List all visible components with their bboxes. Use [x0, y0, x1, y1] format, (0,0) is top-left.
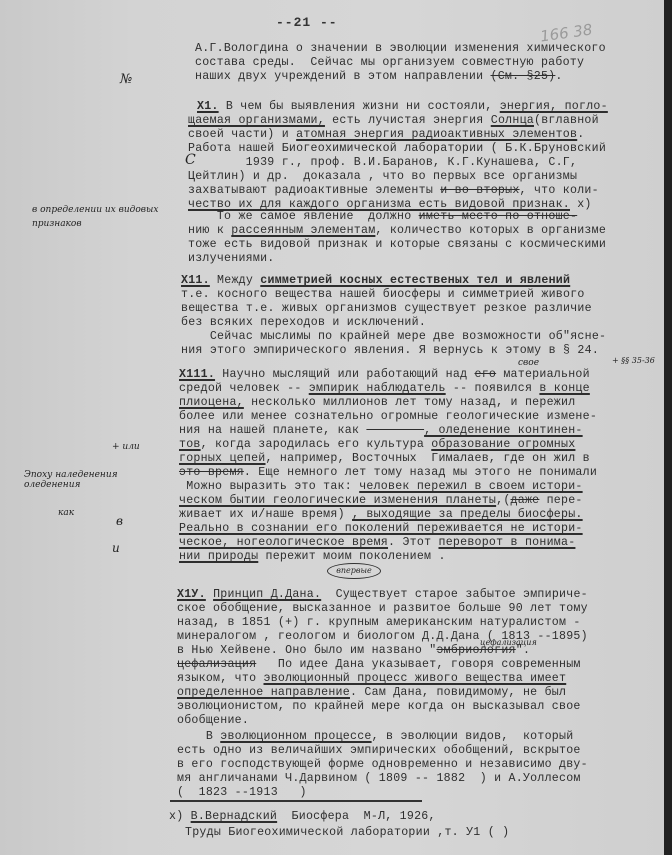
section-title: Принцип Д.Дана.: [213, 588, 321, 601]
section-13-line-13: ческое, ногеологическое время. Этот пере…: [179, 536, 575, 550]
section-number: Х1.: [197, 100, 219, 113]
margin-note-how: как: [58, 508, 74, 518]
section-14-line-6: цефализация По идее Дана указывает, гово…: [177, 658, 581, 672]
margin-note-in: в: [116, 514, 123, 528]
section-13-line-1: Х111. Научно мыслящий или работающий над…: [179, 368, 590, 382]
margin-mark: №: [120, 72, 132, 87]
ref-note: + §§ 35-36: [612, 356, 655, 365]
footnote-separator: [170, 800, 422, 802]
section-12-line-1: Х11. Между симметрией косных естественых…: [181, 274, 570, 288]
section-11-line-12: излучениями.: [188, 252, 275, 266]
section-14-line-14: мя англичанами Ч.Дарвином ( 1809 -- 1882…: [177, 772, 581, 786]
insert-note-own: свое: [518, 358, 539, 368]
section-14-line-2: ское обобщение, высказанное и развитое б…: [177, 602, 588, 616]
section-14-line-5: в Нью Хейвене. Оно было им названо "эмбр…: [177, 644, 530, 658]
page-number: --21 --: [276, 15, 338, 30]
section-11-line-10: нию к рассеянным элементам, количество к…: [188, 224, 606, 238]
footnote-line-1: х) В.Вернадский Биосфера М-Л, 1926,: [169, 810, 436, 824]
section-11-line-3: своей части) и атомная энергия радиоакти…: [188, 128, 584, 142]
footnote-author: В.Вернадский: [191, 810, 278, 823]
section-13-line-10: ческом бытии геологические изменения пла…: [179, 494, 583, 508]
section-12-line-5: Сейчас мыслимы по крайней мере две возмо…: [181, 330, 606, 344]
section-13-line-5: ния на нашей планете, как , оледенение к…: [179, 424, 583, 438]
section-13-line-6: тов, когда зародилась его культура образ…: [179, 438, 575, 452]
intro-line-2: состава среды. Сейчас мы организуем совм…: [195, 56, 584, 70]
section-13-line-8: это время. Еще немного лет тому назад мы…: [179, 466, 597, 480]
margin-note-or: + или: [112, 442, 140, 452]
insert-note-cephalization: цефализация: [480, 638, 537, 647]
section-12-line-2: т.е. косного вещества нашей биосферы и с…: [181, 288, 585, 302]
section-11-line-1: Х1. В чем бы выявления жизни ни состояли…: [197, 100, 608, 114]
section-11-line-9: То же самое явление должно иметь место п…: [188, 210, 577, 224]
scan-edge: [664, 0, 672, 855]
footnote-line-2: Труды Биогеохимической лаборатории ,т. У…: [185, 826, 509, 840]
section-14-line-1: Х1У. Принцип Д.Дана. Существует старое з…: [177, 588, 588, 602]
intro-line-1: А.Г.Вологдина о значении в эволюции изме…: [195, 42, 606, 56]
section-11-line-2: щаемая организмами, есть лучистая энерги…: [188, 114, 599, 128]
section-12-line-6: ния этого эмпирического явления. Я верну…: [181, 344, 599, 358]
section-13-line-3: плиоцена, несколько миллионов лет тому н…: [179, 396, 575, 410]
document-page: --21 -- 166 38 № А.Г.Вологдина о значени…: [0, 0, 664, 855]
margin-note-species: в определении их видовых признаков: [32, 203, 172, 231]
section-13-line-12: Реально в сознании его поколений пережив…: [179, 522, 583, 536]
section-13-line-14: нии природы пережит моим поколением .: [179, 550, 446, 564]
section-13-line-7: горных цепей, например, Восточных Гимала…: [179, 452, 590, 466]
circled-note: впервые: [327, 563, 381, 579]
section-14-line-13: в его господствующей форме одновременно …: [177, 758, 588, 772]
section-14-line-15: ( 1823 --1913 ): [177, 786, 307, 800]
section-11-line-4: Работа нашей Биогеохимической лаборатори…: [188, 142, 606, 156]
intro-line-3: наших двух учреждений в этом направлении…: [195, 70, 563, 84]
section-13-line-4: более или менее сознательно огромные гео…: [179, 410, 597, 424]
section-14-line-3: назад, в 1851 (+) г. крупным американски…: [177, 616, 581, 630]
section-12-line-4: без всяких переходов и исключений.: [181, 316, 426, 330]
section-13-line-11: живает их и/наше время) , выходящие за п…: [179, 508, 583, 522]
section-11-line-7: захватывают радиоактивные элементы и во …: [188, 184, 599, 198]
section-14-line-8: определенное направление. Сам Дана, пови…: [177, 686, 566, 700]
section-14-line-12: есть одно из величайших эмпирических обо…: [177, 744, 581, 758]
section-12-line-3: вещества т.е. живых организмов существуе…: [181, 302, 592, 316]
section-14-line-9: эволюционистом, по крайней мере когда он…: [177, 700, 581, 714]
section-13-line-2: средой человек -- эмпирик наблюдатель --…: [179, 382, 590, 396]
section-11-line-5: 1939 г., проф. В.И.Баранов, К.Г.Кунашева…: [188, 156, 577, 170]
margin-note-glaciation: Эпоху наледенения оледенения: [24, 470, 164, 490]
margin-note-and: и: [112, 541, 120, 555]
section-13-line-9: Можно выразить это так: человек пережил …: [179, 480, 583, 494]
section-14-line-10: обобщение.: [177, 714, 249, 728]
section-14-line-11: В эволюционном процессе, в эволюции видо…: [177, 730, 573, 744]
section-11-line-11: тоже есть видовой признак и которые связ…: [188, 238, 606, 252]
section-14-line-7: языком, что эволюционный процесс живого …: [177, 672, 566, 686]
section-11-line-6: Цейтлин) и др. доказала , что во первых …: [188, 170, 577, 184]
struck-ref: (См. §25): [491, 70, 556, 83]
